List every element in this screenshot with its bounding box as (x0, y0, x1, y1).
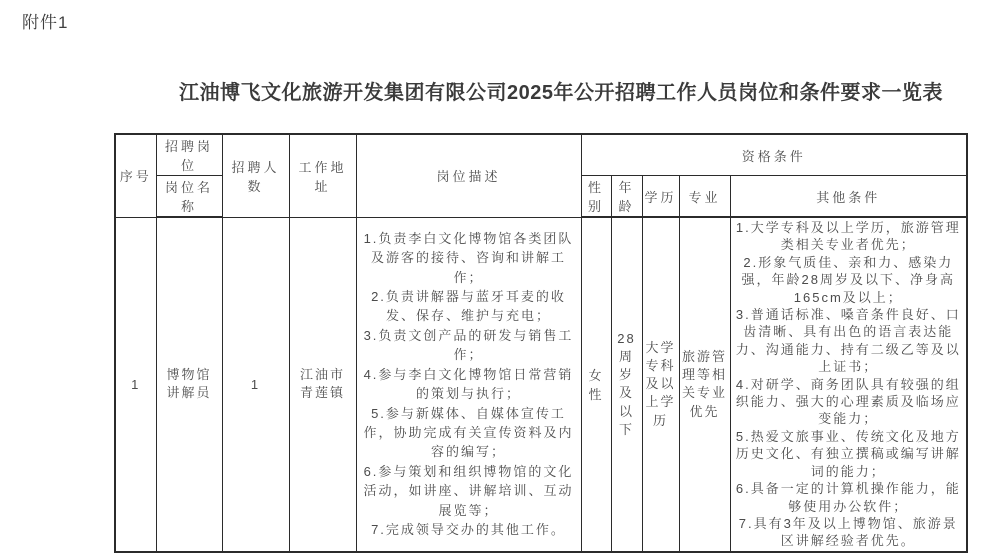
cell-gender: 女性 (581, 217, 611, 552)
table-header: 序号 招聘岗位 招聘人数 工作地址 岗位描述 资格条件 岗位名称 性别 年龄 学… (115, 134, 967, 217)
header-row-1: 序号 招聘岗位 招聘人数 工作地址 岗位描述 资格条件 (115, 134, 967, 176)
table-row: 1 博物馆 讲解员 1 江油市 青莲镇 1.负责李白文化博物馆各类团队及游客的接… (115, 217, 967, 552)
cell-major: 旅游管 理等相 关专业 优先 (679, 217, 730, 552)
col-header-post-name: 岗位名称 (156, 176, 222, 218)
col-header-job-description: 岗位描述 (356, 134, 581, 217)
cell-serial: 1 (115, 217, 156, 552)
col-header-major: 专业 (679, 176, 730, 218)
page-title: 江油博飞文化旅游开发集团有限公司2025年公开招聘工作人员岗位和条件要求一览表 (140, 76, 982, 105)
col-header-serial: 序号 (115, 134, 156, 217)
cell-education: 大学 专科 及以 上学 历 (642, 217, 679, 552)
col-header-work-location: 工作地址 (289, 134, 356, 217)
cell-job-description: 1.负责李白文化博物馆各类团队及游客的接待、咨询和讲解工作； 2.负责讲解器与蓝… (356, 217, 581, 552)
cell-work-location: 江油市 青莲镇 (289, 217, 356, 552)
cell-post-name: 博物馆 讲解员 (156, 217, 222, 552)
col-header-qualification: 资格条件 (581, 134, 967, 176)
recruitment-table: 序号 招聘岗位 招聘人数 工作地址 岗位描述 资格条件 岗位名称 性别 年龄 学… (114, 133, 968, 553)
cell-recruit-count: 1 (222, 217, 289, 552)
table-body: 1 博物馆 讲解员 1 江油市 青莲镇 1.负责李白文化博物馆各类团队及游客的接… (115, 217, 967, 552)
col-header-education: 学历 (642, 176, 679, 218)
col-header-recruit-post: 招聘岗位 (156, 134, 222, 176)
col-header-recruit-count: 招聘人数 (222, 134, 289, 217)
col-header-age: 年龄 (611, 176, 642, 218)
cell-other-conditions: 1.大学专科及以上学历，旅游管理类相关专业者优先； 2.形象气质佳、亲和力、感染… (730, 217, 967, 552)
attachment-label: 附件1 (22, 8, 68, 33)
col-header-other-conditions: 其他条件 (730, 176, 967, 218)
col-header-gender: 性别 (581, 176, 611, 218)
cell-age: 28周 岁及 以下 (611, 217, 642, 552)
